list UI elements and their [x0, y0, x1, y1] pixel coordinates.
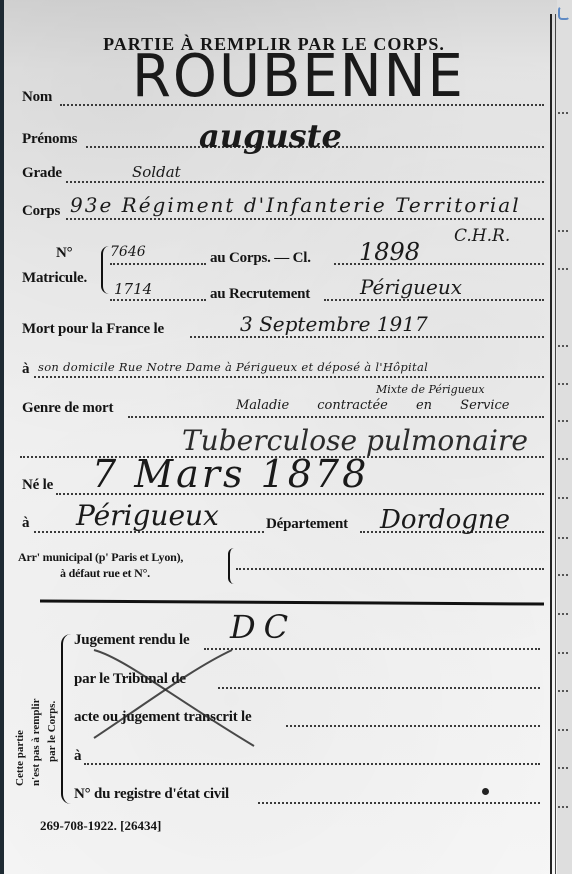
genre-label: Genre de mort: [22, 400, 113, 417]
nom-value: ROUBENNE: [132, 42, 465, 110]
arr-municipal-bracket: [228, 548, 234, 584]
registre-label: N° du registre d'état civil: [74, 786, 229, 803]
corps-label: Corps: [22, 203, 60, 220]
print-reference: 269-708-1922. [26434]: [40, 818, 161, 834]
margin-dots: [558, 383, 568, 385]
judgment-a-dotted-line: [84, 763, 540, 765]
margin-dots: [558, 537, 568, 539]
arr-municipal-dotted-line: [236, 568, 544, 570]
margin-dots: [558, 574, 568, 576]
classe-value: 1898: [359, 238, 420, 266]
genre-dotted-line: [128, 416, 544, 418]
ne-le-label: Né le: [22, 477, 53, 494]
prenoms-label: Prénoms: [22, 131, 77, 148]
mort-date-value: 3 Septembre 1917: [240, 312, 428, 336]
registre-dotted-line: [258, 802, 540, 804]
side-note-line-2: n'est pas à remplir: [30, 699, 42, 787]
right-margin-strip: [557, 0, 572, 874]
classe-suffix: C.H.R.: [454, 226, 510, 246]
tribunal-dotted-line: [218, 687, 540, 689]
mort-lieu-annotation: Mixte de Périgueux: [376, 383, 485, 396]
recrutement-dotted-line: [110, 299, 206, 301]
margin-dots: [558, 729, 568, 731]
cross-out-mark: [64, 628, 264, 748]
departement-label: Département: [266, 516, 348, 533]
mort-dotted-line: [190, 336, 544, 338]
departement-value: Dordogne: [380, 505, 510, 535]
ink-spot: [482, 788, 489, 795]
recrutement-place-dotted-line: [324, 299, 544, 301]
margin-dots: [558, 613, 568, 615]
margin-dots: [558, 690, 568, 692]
matricule-corps-value: 7646: [110, 244, 146, 260]
side-note-line-1: Cette partie: [14, 730, 26, 786]
grade-value: Soldat: [132, 163, 181, 181]
nom-label: Nom: [22, 89, 52, 106]
au-corps-label: au Corps. — Cl.: [210, 250, 311, 267]
margin-dots: [558, 268, 568, 270]
margin-dots: [558, 497, 568, 499]
mort-lieu-value: son domicile Rue Notre Dame à Périgueux …: [38, 360, 428, 374]
grade-dotted-line: [66, 181, 544, 183]
judgment-a-label: à: [74, 748, 81, 765]
margin-dots: [558, 458, 568, 460]
matricule-corps-dotted-line: [110, 263, 206, 265]
margin-dots: [558, 345, 568, 347]
arr-municipal-label-2: à défaut rue et N°.: [60, 566, 150, 581]
au-recrutement-label: au Recrutement: [210, 286, 310, 303]
naissance-lieu-value: Périgueux: [76, 499, 219, 532]
arr-municipal-label-1: Arr' municipal (p' Paris et Lyon),: [18, 550, 183, 565]
margin-dots: [558, 112, 568, 114]
side-note-line-3: par le Corps.: [46, 701, 58, 762]
margin-dots: [558, 806, 568, 808]
frame-border-line: [550, 14, 552, 874]
mort-label: Mort pour la France le: [22, 321, 164, 338]
margin-dots: [558, 652, 568, 654]
matricule-recrutement-value: 1714: [114, 280, 152, 298]
naissance-lieu-prefix: à: [22, 515, 29, 532]
margin-dots: [558, 767, 568, 769]
naissance-date-value: 7 Mars 1878: [92, 452, 369, 496]
matricule-label-top: N°: [56, 245, 72, 262]
document-sheet: PARTIE À REMPLIR PAR LE CORPS. Nom ROUBE…: [4, 0, 572, 874]
expand-icon[interactable]: [558, 6, 570, 20]
frame-border-line: [555, 14, 556, 874]
transcrit-dotted-line: [286, 725, 540, 727]
recrutement-place-value: Périgueux: [360, 275, 462, 299]
grade-label: Grade: [22, 165, 62, 182]
matricule-label-bottom: Matricule.: [22, 270, 87, 287]
section-separator: [40, 599, 544, 605]
corps-value: 93e Régiment d'Infanterie Territorial: [70, 193, 521, 217]
corps-dotted-line: [66, 218, 544, 220]
prenoms-value: auguste: [199, 117, 342, 155]
matricule-bracket: [101, 246, 109, 294]
mort-lieu-prefix: à: [22, 361, 29, 378]
margin-dots: [558, 420, 568, 422]
margin-dots: [558, 230, 568, 232]
genre-value: Maladie contractée en Service: [236, 398, 509, 413]
mort-lieu-dotted-line: [34, 376, 544, 378]
